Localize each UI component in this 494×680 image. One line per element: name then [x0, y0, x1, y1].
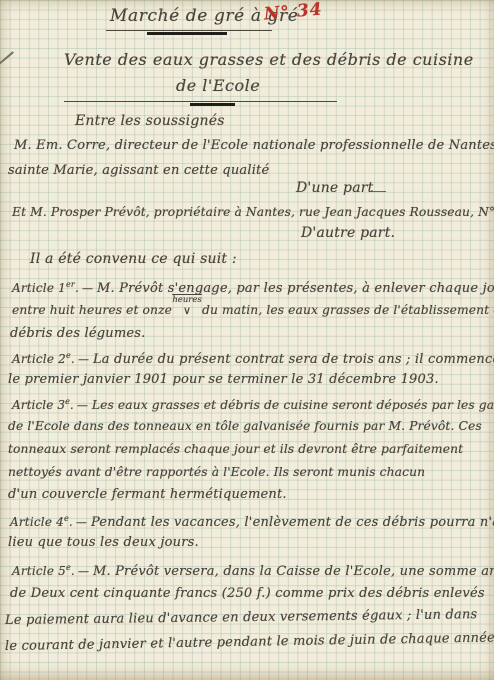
article-2-label: Article 2e.: [12, 352, 75, 366]
party-second-designation: D'autre part.: [301, 223, 395, 243]
document-title-line1: Vente des eaux grasses et des débris de …: [64, 50, 474, 70]
article-separator: —: [73, 516, 91, 529]
article-separator: —: [74, 399, 92, 412]
payment-clause-line1: Le paiement aura lieu d'avance en deux v…: [5, 605, 478, 631]
title-underline-heavy: [190, 103, 235, 106]
document-number: N° 34: [263, 0, 323, 25]
article-2-line2: le premier janvier 1901 pour se terminer…: [8, 370, 439, 390]
manuscript-page: Marché de gré à gré N° 34 Vente des eaux…: [0, 0, 494, 680]
article-5-label: Article 5e.: [12, 564, 75, 578]
inserted-word: ∨heures: [172, 300, 202, 321]
stray-pen-mark: [0, 51, 14, 67]
article-2-line1: Article 2e.—La durée du présent contrat …: [12, 346, 494, 370]
article-1-label: Article 1er.: [12, 281, 79, 295]
article-separator: —: [75, 565, 93, 578]
article-3-line4: nettoyés avant d'être rapportés à l'Ecol…: [8, 462, 425, 482]
article-3-line3: tonneaux seront remplacés chaque jour et…: [8, 439, 463, 459]
party-first-designation: D'une part: [296, 178, 373, 198]
article-separator: —: [75, 353, 93, 366]
article-4-line1: Article 4e.—Pendant les vacances, l'enlè…: [10, 509, 494, 533]
article-1-line1: Article 1er.—M. Prévôt s'engage, par les…: [12, 275, 494, 299]
article-4-label: Article 4e.: [10, 515, 73, 529]
party-second-line1: Et M. Prosper Prévôt, propriétaire à Nan…: [12, 202, 494, 222]
party-first-line2: sainte Marie, agissant en cette qualité: [8, 161, 269, 181]
agreement-clause: Il a été convenu ce qui suit :: [30, 249, 237, 269]
article-5-line1: Article 5e.—M. Prévôt versera, dans la C…: [12, 558, 494, 582]
article-1-line3: débris des légumes.: [10, 324, 146, 344]
opening-clause: Entre les soussignés: [75, 111, 225, 131]
title-underline: [64, 101, 337, 102]
article-3-line1: Article 3e.—Les eaux grasses et débris d…: [12, 392, 494, 416]
designation-flourish: [370, 191, 386, 192]
payment-clause-line2: le courant de janvier et l'autre pendant…: [5, 628, 494, 657]
article-3-label: Article 3e.: [12, 398, 74, 412]
article-5-line2: de Deux cent cinquante francs (250 f.) c…: [10, 584, 485, 604]
header-underline: [106, 30, 272, 31]
header-underline-heavy: [147, 32, 227, 35]
article-3-line2: de l'Ecole dans des tonneaux en tôle gal…: [8, 416, 482, 436]
party-first-line1: M. Em. Corre, directeur de l'Ecole natio…: [14, 136, 494, 156]
article-1-line2: entre huit heures et onze∨heuresdu matin…: [12, 300, 494, 321]
article-separator: —: [79, 282, 97, 295]
document-title-line2: de l'Ecole: [176, 76, 260, 96]
article-3-line5: d'un couvercle fermant hermétiquement.: [8, 485, 287, 505]
article-4-line2: lieu que tous les deux jours.: [8, 533, 199, 553]
